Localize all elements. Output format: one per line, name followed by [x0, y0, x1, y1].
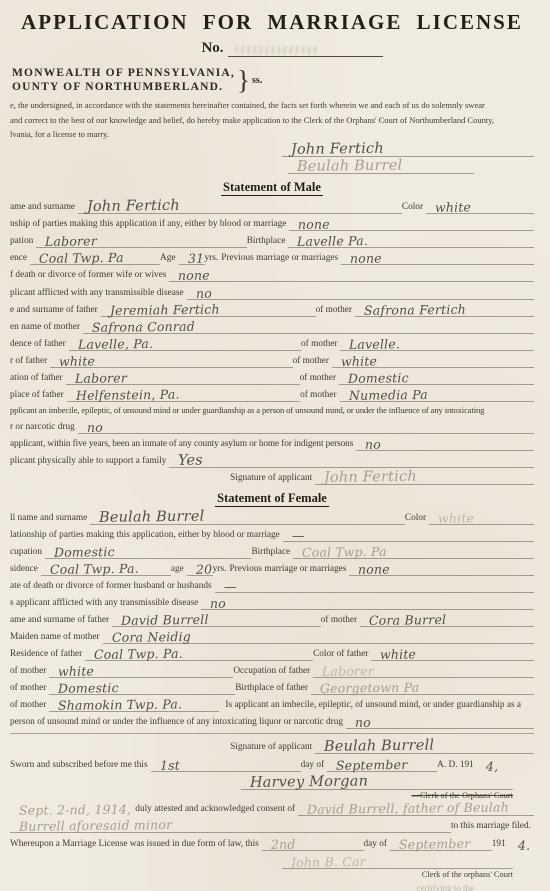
female-father-residence-field: Coal Twp. Pa. [85, 647, 313, 661]
female-signature-label: Signature of applicant [230, 742, 315, 754]
oath-line-3: lvania, for a license to marry. [10, 128, 534, 141]
top-signature-field-male: John Fertich [282, 143, 534, 157]
female-top-signature: Beulah Burrel [288, 158, 407, 173]
oath-line-1: e, the undersigned, in accordance with t… [10, 99, 534, 112]
female-relationship-label: lationship of parties making this applic… [10, 530, 283, 542]
female-name-label: ll name and surname [10, 513, 90, 525]
male-father-value: Jeremiah Fertich [101, 303, 224, 316]
male-father-occupation-value: Laborer [66, 372, 131, 385]
consent-suffix-label: to this marriage filed. [451, 821, 534, 833]
male-support-value: Yes [169, 453, 207, 467]
license-number-field [228, 41, 383, 57]
male-father-color-label: r of father [10, 356, 50, 368]
license-number-row: No. [50, 40, 534, 57]
male-maiden-row: en name of mother Safrona Conrad [10, 320, 534, 334]
male-narcotic-value: no [78, 421, 107, 433]
male-occupation-row: pation Laborer Birthplace Lavelle Pa. [10, 234, 534, 248]
female-father-birthplace-value: Georgetown Pa [311, 681, 424, 694]
sworn-month-value: September [327, 759, 412, 772]
bleedthrough-text: certifying to the [10, 883, 534, 891]
female-mother-field: Cora Burrel [360, 613, 534, 627]
male-parents-residence-row: dence of father Lavelle, Pa. of mother L… [10, 337, 534, 351]
male-mother-occupation-label: of mother [300, 373, 339, 385]
female-disease-label: s applicant afflicted with any transmiss… [10, 598, 201, 610]
clerk-title-struck: —Clerk of the Orphans' Court [241, 790, 513, 800]
male-disease-field: no [187, 286, 534, 300]
top-signature-row-male: John Fertich [282, 143, 534, 157]
female-residence-value: Coal Twp. Pa. [41, 563, 143, 576]
female-father-occupation-field: Laborer [313, 664, 534, 678]
male-mother-color-label: of mother [293, 356, 332, 368]
female-age-field: 20 [187, 562, 213, 576]
female-narcotic-row: person of unsound mind or under the infl… [10, 715, 534, 729]
male-narcotic-field: no [78, 420, 534, 434]
female-previous-label: Previous marriage or marriages [229, 564, 349, 576]
male-signature-field: John Fertich [315, 471, 534, 485]
top-signature-field-female: Beulah Burrel [288, 160, 474, 174]
male-relationship-row: nship of parties making this application… [10, 217, 534, 231]
female-father-residence-label: Residence of father [10, 649, 85, 661]
female-death-divorce-value: — [214, 580, 240, 592]
male-death-divorce-value: none [169, 269, 214, 282]
female-mother-color-value: white [49, 665, 98, 678]
male-mother-birthplace-value: Numedia Pa [339, 389, 431, 402]
male-father-residence-value: Lavelle, Pa. [69, 338, 157, 351]
male-occupation-label: pation [10, 236, 36, 248]
sworn-month-field: September [327, 758, 437, 772]
female-maiden-field: Cora Neidig [103, 630, 534, 644]
female-father-occupation-value: Laborer [313, 665, 378, 678]
female-mother-birthplace-label: of mother [10, 700, 49, 712]
female-imbecile-text-1: Is applicant an imbecile, epileptic, of … [219, 700, 524, 712]
male-birthplace-value: Lavelle Pa. [288, 235, 372, 248]
document-title: APPLICATION FOR MARRIAGE LICENSE [10, 10, 534, 35]
male-parents-birthplace-row: place of father Helfenstein, Pa. of moth… [10, 388, 534, 402]
female-color-value: white [429, 512, 478, 525]
male-mother-occupation-field: Domestic [339, 371, 534, 385]
clerk2-signature-field: John B. Car [282, 854, 513, 869]
female-father-color-label: Color of father [313, 649, 371, 661]
consent-date-value: Sept. 2-nd, 1914, [10, 803, 135, 817]
whereupon-label: Whereupon a Marriage License was issued … [10, 839, 262, 851]
female-mother-occupation-label: of mother [10, 683, 49, 695]
section-divider [10, 733, 534, 734]
male-father-birthplace-value: Helfenstein, Pa. [67, 388, 184, 401]
female-mother-occupation-field: Domestic [49, 681, 235, 695]
male-birthplace-field: Lavelle Pa. [288, 234, 534, 248]
male-relationship-label: nship of parties making this application… [10, 219, 289, 231]
male-birthplace-label: Birthplace [247, 236, 289, 248]
male-mother-label: of mother [316, 305, 355, 317]
male-mother-color-field: white [332, 354, 534, 368]
consent-name-field: David Burrell, father of Beulah [298, 802, 534, 816]
male-mother-residence-value: Lavelle. [340, 338, 404, 351]
female-birthplace-value: Coal Twp. Pa [293, 546, 391, 559]
female-mother-color-row: of mother white Occupation of father Lab… [10, 664, 534, 678]
male-signature-label: Signature of applicant [230, 473, 315, 485]
scanned-document: APPLICATION FOR MARRIAGE LICENSE No. MON… [0, 0, 550, 891]
male-father-birthplace-field: Helfenstein, Pa. [67, 388, 300, 402]
female-signature-field: Beulah Burrell [315, 740, 534, 754]
female-mother-birthplace-value: Shamokin Twp. Pa. [49, 698, 186, 712]
male-support-field: Yes [169, 454, 534, 468]
male-father-occupation-label: ation of father [10, 373, 66, 385]
female-mother-color-label: of mother [10, 666, 49, 678]
female-mother-value: Cora Burrel [360, 614, 450, 627]
male-mother-birthplace-label: of mother [300, 390, 339, 402]
female-death-divorce-row: ate of death or divorce of former husban… [10, 579, 534, 593]
female-maiden-row: Maiden name of mother Cora Neidig [10, 630, 534, 644]
male-disease-row: plicant afflicted with any transmissible… [10, 286, 534, 300]
license-day-value: 2nd [262, 838, 300, 850]
male-death-divorce-label: f death or divorce of former wife or wiv… [10, 270, 169, 282]
female-mother-birthplace-row: of mother Shamokin Twp. Pa. Is applicant… [10, 698, 534, 712]
male-name-row: ame and surname John Fertich Color white [10, 200, 534, 214]
female-maiden-value: Cora Neidig [102, 631, 194, 644]
license-month-value: September [390, 838, 475, 851]
male-father-color-field: white [50, 354, 292, 368]
male-father-occupation-field: Laborer [66, 371, 300, 385]
venue-brace: } [237, 67, 250, 93]
clerk2-signature-value: John B. Car [282, 856, 370, 869]
female-color-field: white [429, 511, 534, 525]
consent-name2-value: Burrell aforesaid minor [10, 819, 177, 833]
female-residence-field: Coal Twp. Pa. [41, 562, 171, 576]
male-mother-birthplace-field: Numedia Pa [340, 388, 535, 402]
sworn-label: Sworn and subscribed before me this [10, 760, 151, 772]
female-death-divorce-label: ate of death or divorce of former husban… [10, 581, 215, 593]
male-narcotic-label: r or narcotic drug [10, 422, 78, 434]
male-imbecile-text: pplicant an imbecile, epileptic, of unso… [10, 405, 487, 417]
male-father-birthplace-label: place of father [10, 390, 67, 402]
male-color-field: white [426, 200, 534, 214]
sworn-day-value: 1st [150, 759, 183, 771]
license-day-field: 2nd [262, 837, 364, 851]
female-disease-row: s applicant afflicted with any transmiss… [10, 596, 534, 610]
male-asylum-label: applicant, within five years, been an in… [10, 439, 356, 451]
female-father-color-value: white [371, 648, 420, 661]
male-mother-residence-field: Lavelle. [340, 337, 534, 351]
female-occupation-label: cupation [10, 547, 45, 559]
male-residence-row: ence Coal Twp. Pa Age 31 yrs. Previous m… [10, 251, 534, 265]
female-father-color-field: white [371, 647, 534, 661]
consent-row: Sept. 2-nd, 1914, duly attested and ackn… [10, 802, 534, 816]
female-name-row: ll name and surname Beulah Burrel Color … [10, 511, 534, 525]
female-father-residence-value: Coal Twp. Pa. [85, 648, 187, 661]
male-asylum-field: no [356, 437, 534, 451]
male-color-value: white [426, 201, 475, 214]
male-narcotic-row: r or narcotic drug no [10, 420, 534, 434]
license-month-field: September [390, 837, 492, 851]
license-year-value: 4. [509, 839, 534, 851]
ss-abbrev: ss. [252, 75, 262, 86]
female-signature-value: Beulah Burrell [315, 738, 438, 754]
clerk-signature-block: Harvey Morgan —Clerk of the Orphans' Cou… [241, 775, 513, 800]
male-signature-row: Signature of applicant John Fertich [10, 471, 534, 485]
female-relationship-row: lationship of parties making this applic… [10, 528, 534, 542]
female-parents-row: ame and surname of father David Burrell … [10, 613, 534, 627]
female-previous-field: none [349, 562, 534, 576]
male-support-label: plicant physically able to support a fam… [10, 456, 169, 468]
male-asylum-value: no [356, 438, 385, 450]
clerk2-signature-block: John B. Car Clerk of the orphans' Court [282, 854, 513, 879]
clerk-signature-field: Harvey Morgan [241, 775, 513, 790]
female-residence-row: sidence Coal Twp. Pa. age 20 yrs. Previo… [10, 562, 534, 576]
male-parents-color-row: r of father white of mother white [10, 354, 534, 368]
male-age-field: 31 [179, 251, 205, 265]
male-disease-label: plicant afflicted with any transmissible… [10, 288, 187, 300]
sworn-day-of-label: day of [301, 760, 328, 772]
female-father-birthplace-field: Georgetown Pa [311, 681, 534, 695]
female-previous-value: none [349, 563, 394, 576]
female-father-occupation-label: Occupation of father [233, 666, 313, 678]
male-father-field: Jeremiah Fertich [101, 303, 316, 317]
oath-line-2: and correct to the best of our knowledge… [10, 114, 534, 127]
clerk2-title: Clerk of the orphans' Court [282, 869, 513, 879]
male-disease-value: no [186, 287, 215, 299]
venue-block: MONWEALTH OF PENNSYLVANIA, OUNTY OF NORT… [12, 66, 534, 94]
female-father-label: ame and surname of father [10, 615, 112, 627]
male-maiden-field: Safrona Conrad [83, 320, 534, 334]
female-narcotic-value: no [346, 716, 375, 728]
clerk-signature-value: Harvey Morgan [240, 774, 371, 790]
male-maiden-label: en name of mother [10, 322, 83, 334]
male-mother-field: Safrona Fertich [355, 303, 534, 317]
female-mother-occupation-row: of mother Domestic Birthplace of father … [10, 681, 534, 695]
female-occupation-value: Domestic [45, 546, 119, 559]
male-death-divorce-field: none [169, 268, 534, 282]
female-occupation-row: cupation Domestic Birthplace Coal Twp. P… [10, 545, 534, 559]
female-father-field: David Burrell [112, 613, 321, 627]
sworn-ad-label: A. D. 191 [437, 760, 477, 772]
male-residence-label: ence [10, 253, 30, 265]
male-residence-field: Coal Twp. Pa [30, 251, 160, 265]
male-mother-occupation-value: Domestic [339, 372, 413, 385]
female-father-birthplace-label: Birthplace of father [235, 683, 311, 695]
female-disease-field: no [201, 596, 534, 610]
faded-license-number [236, 46, 320, 54]
female-color-label: Color [405, 513, 429, 525]
male-asylum-row: applicant, within five years, been an in… [10, 437, 534, 451]
consent-continued-row: Burrell aforesaid minor to this marriage… [10, 819, 534, 833]
male-maiden-value: Safrona Conrad [83, 320, 199, 333]
sworn-row-tail [502, 759, 521, 772]
male-age-label: Age [160, 253, 179, 265]
male-color-label: Color [402, 202, 426, 214]
male-previous-value: none [341, 252, 386, 265]
female-residence-label: sidence [10, 564, 41, 576]
female-imbecile-text-2: person of unsound mind or under the infl… [10, 717, 346, 729]
sworn-row: Sworn and subscribed before me this 1st … [10, 758, 534, 772]
commonwealth-line: MONWEALTH OF PENNSYLVANIA, [12, 66, 235, 80]
female-name-field: Beulah Burrel [90, 511, 405, 525]
male-occupation-value: Laborer [36, 235, 101, 248]
male-parents-occupation-row: ation of father Laborer of mother Domest… [10, 371, 534, 385]
male-name-field: John Fertich [78, 200, 402, 214]
male-mother-residence-label: of mother [301, 339, 340, 351]
male-parents-row: e and surname of father Jeremiah Fertich… [10, 303, 534, 317]
female-relationship-field: — [283, 528, 534, 542]
male-residence-value: Coal Twp. Pa [30, 252, 128, 265]
female-age-label: age [171, 564, 187, 576]
top-signature-row-female: Beulah Burrel [288, 160, 474, 174]
consent-name2-field: Burrell aforesaid minor [10, 819, 451, 833]
male-death-divorce-row: f death or divorce of former wife or wiv… [10, 268, 534, 282]
male-top-signature: John Fertich [282, 141, 388, 156]
male-name-value: John Fertich [78, 198, 184, 213]
male-previous-field: none [341, 251, 534, 265]
female-birthplace-label: Birthplace [251, 547, 293, 559]
male-relationship-value: none [289, 218, 334, 231]
county-line: OUNTY OF NORTHUMBERLAND. [12, 80, 235, 94]
statement-of-male-heading: Statement of Male [10, 180, 534, 195]
whereupon-row: Whereupon a Marriage License was issued … [10, 837, 534, 851]
female-mother-color-field: white [49, 664, 233, 678]
female-occupation-field: Domestic [45, 545, 251, 559]
male-imbecile-row: pplicant an imbecile, epileptic, of unso… [10, 405, 534, 417]
male-name-label: ame and surname [10, 202, 78, 214]
female-father-value: David Burrell [112, 614, 213, 627]
male-father-color-value: white [50, 355, 99, 368]
male-support-row: plicant physically able to support a fam… [10, 454, 534, 468]
female-maiden-label: Maiden name of mother [10, 632, 103, 644]
female-disease-value: no [201, 597, 230, 609]
female-death-divorce-field: — [215, 579, 534, 593]
female-mother-label: of mother [321, 615, 360, 627]
consent-label: duly attested and acknowledged consent o… [135, 804, 298, 816]
male-father-label: e and surname of father [10, 305, 101, 317]
license-number-label: No. [201, 40, 223, 57]
sworn-day-field: 1st [151, 758, 301, 772]
female-signature-row: Signature of applicant Beulah Burrell [10, 740, 534, 754]
female-name-value: Beulah Burrel [90, 509, 209, 524]
female-age-value: 20 [187, 563, 216, 575]
consent-name-value: David Burrell, father of Beulah [298, 801, 513, 816]
female-birthplace-field: Coal Twp. Pa [293, 545, 534, 559]
male-mother-color-value: white [332, 355, 381, 368]
female-mother-occupation-value: Domestic [49, 682, 123, 695]
male-mother-value: Safrona Fertich [355, 303, 470, 316]
male-signature-value: John Fertich [315, 469, 421, 484]
sworn-year-value: 4, [477, 760, 502, 772]
statement-of-female-heading: Statement of Female [10, 491, 534, 506]
male-relationship-field: none [289, 217, 534, 231]
male-occupation-field: Laborer [36, 234, 246, 248]
female-narcotic-field: no [346, 715, 534, 729]
male-father-residence-label: dence of father [10, 339, 69, 351]
female-father-residence-row: Residence of father Coal Twp. Pa. Color … [10, 647, 534, 661]
license-day-of-label: day of [364, 839, 391, 851]
female-relationship-value: — [283, 529, 309, 541]
male-father-residence-field: Lavelle, Pa. [69, 337, 301, 351]
male-previous-label: Previous marriage or marriages [221, 253, 341, 265]
female-mother-birthplace-field: Shamokin Twp. Pa. [49, 698, 219, 712]
license-year-label: 191 [492, 839, 509, 851]
male-age-value: 31 [178, 252, 207, 264]
